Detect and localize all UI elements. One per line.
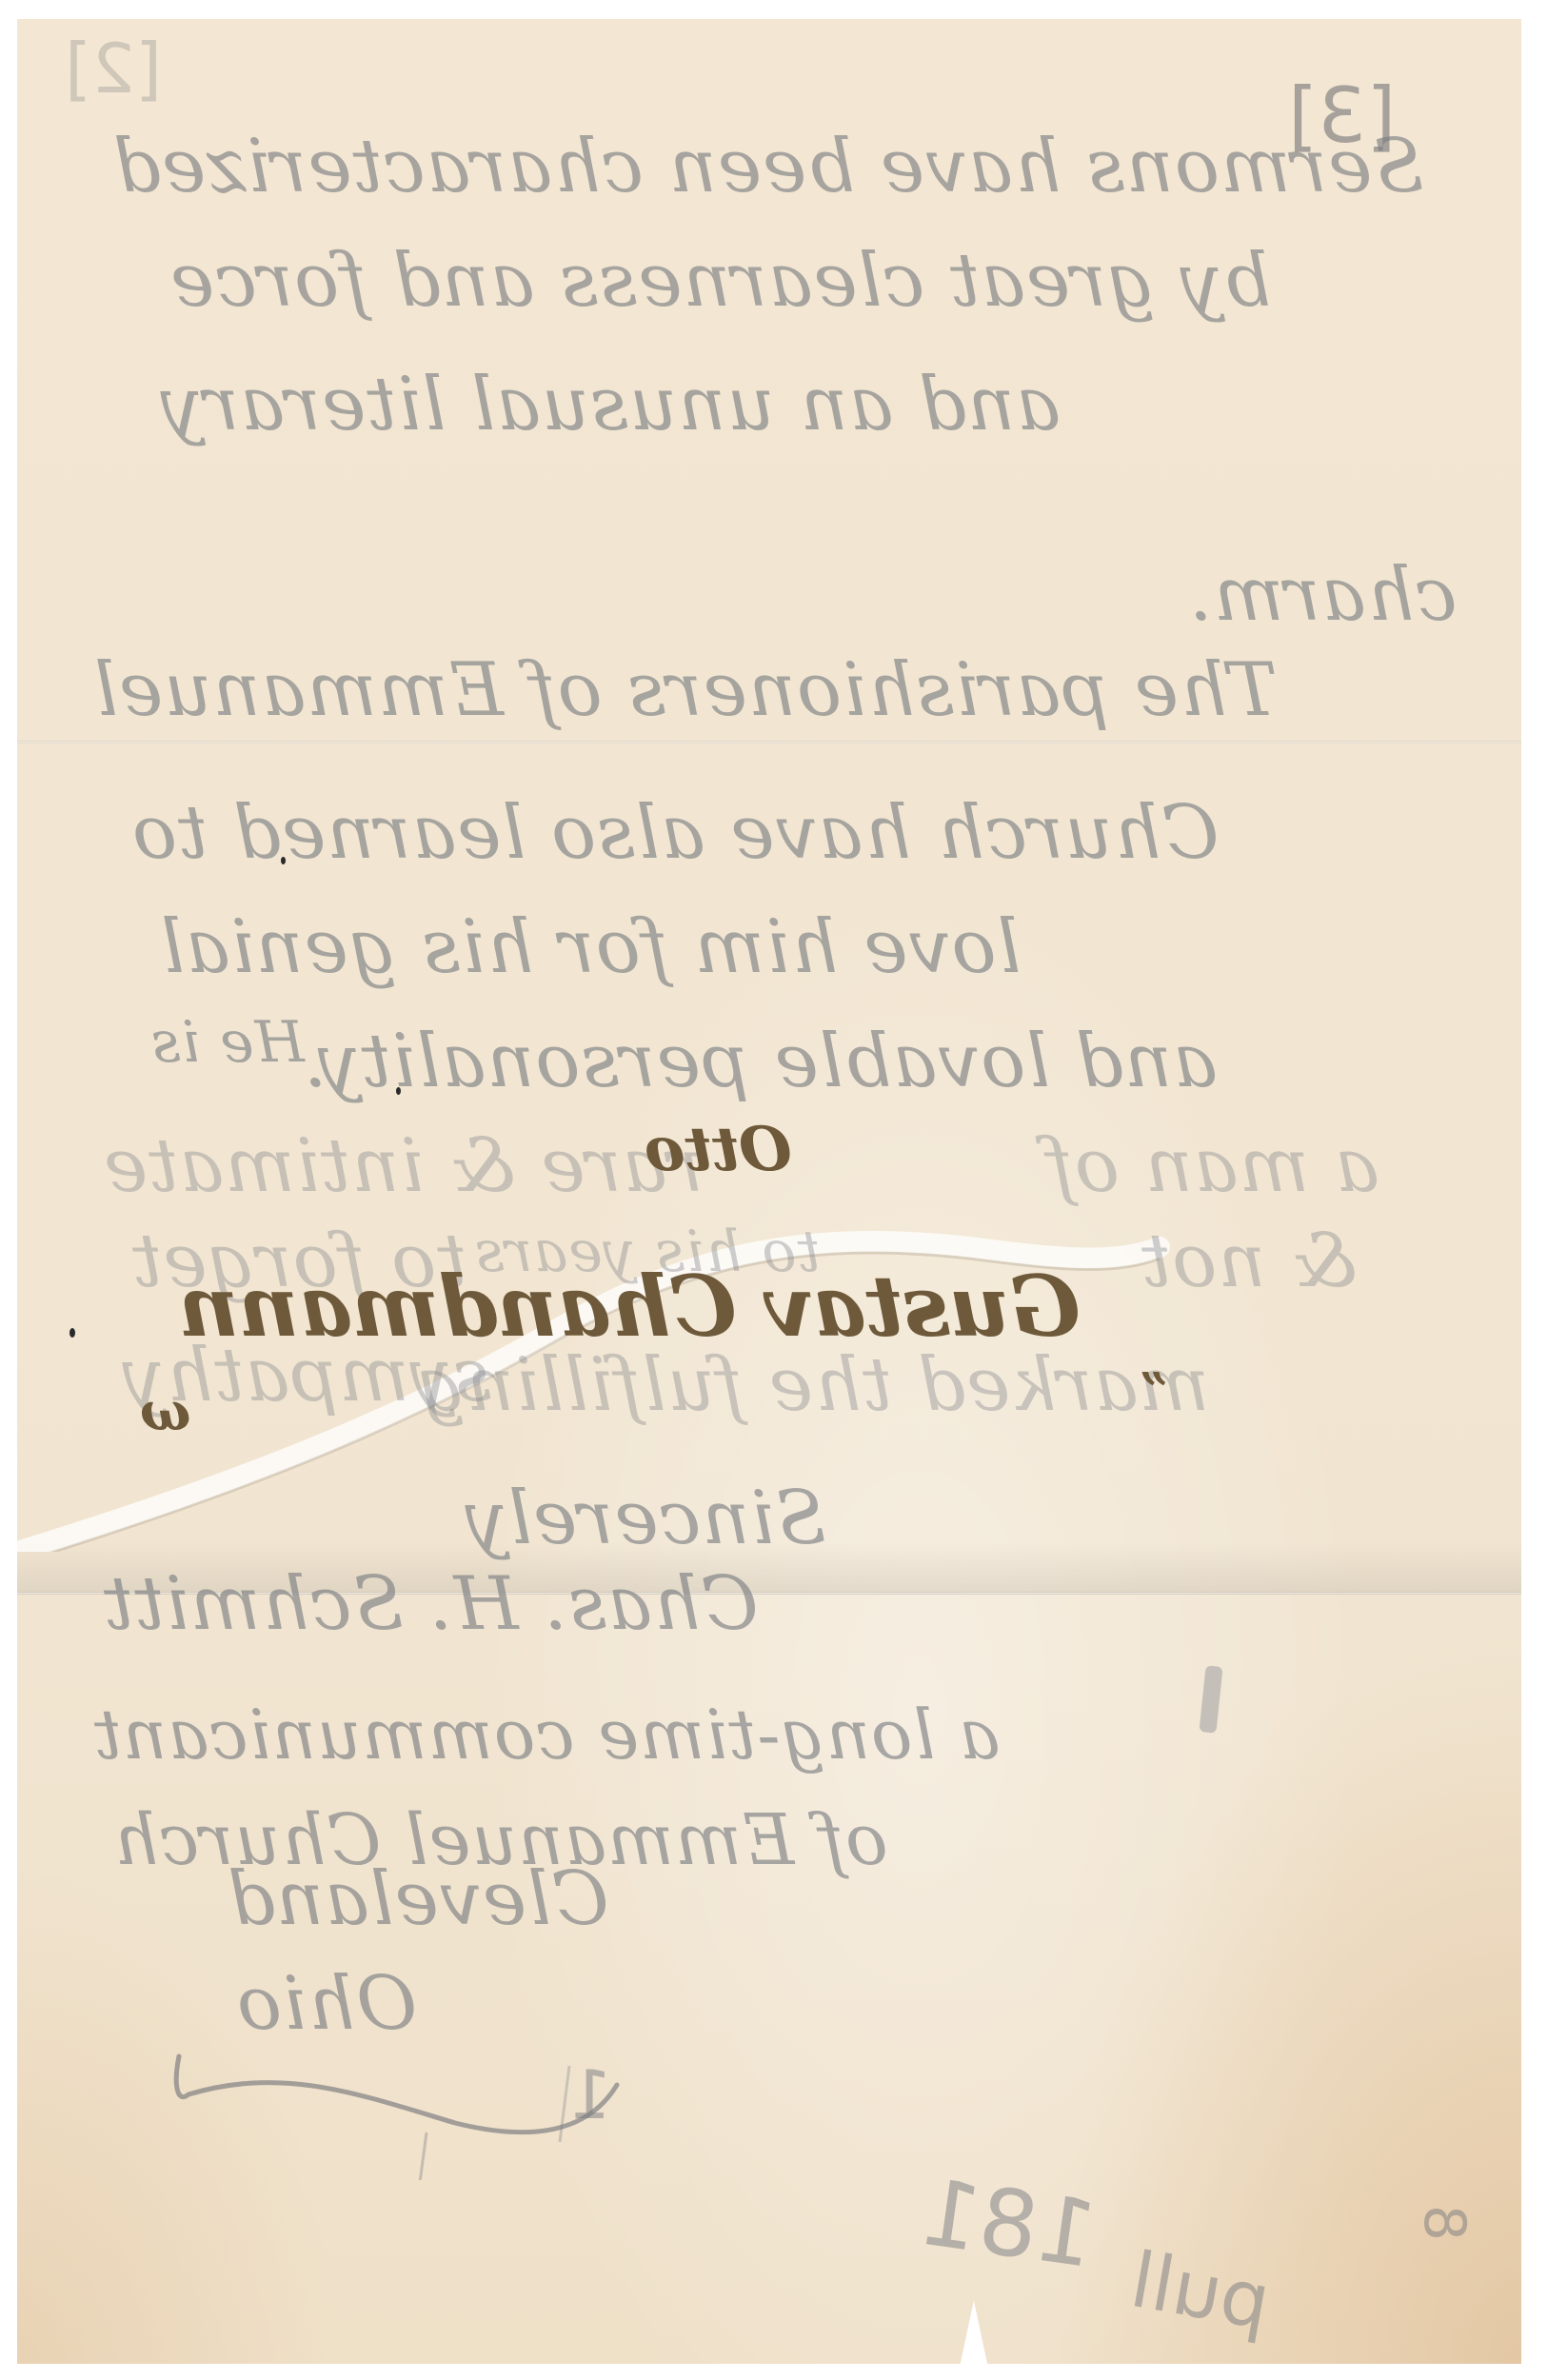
letter-page: [2] [3] Sermons have been characterized …: [17, 19, 1521, 2364]
page-marker-faint: [2]: [65, 29, 162, 109]
letter-line-13: & not: [1141, 1219, 1358, 1304]
letter-line-8: and lovable personality.: [303, 1019, 1218, 1104]
ink-signature-name: Gustav Chandmann: [179, 1257, 1081, 1356]
pencil-smudge: [1199, 1665, 1222, 1733]
signer-city: Cleveland: [227, 1856, 609, 1942]
margin-mark-bottom-left: 1: [569, 2056, 612, 2134]
letter-line-6: Church have also learned to: [131, 790, 1219, 876]
letter-line-4: charm.: [1188, 552, 1457, 638]
margin-mark-far-right: 8: [1411, 2205, 1478, 2241]
ink-signature-first: Otto: [645, 1114, 792, 1185]
ink-dot: [396, 1087, 401, 1095]
margin-mark-bottom-center: 181: [915, 2159, 1102, 2289]
signer-note-1: a long-time communicant: [93, 1695, 1000, 1775]
margin-mark-bottom-right: pull: [1124, 2235, 1277, 2347]
letter-line-2: by great clearness and force: [169, 238, 1271, 324]
closing: Sincerely: [465, 1476, 826, 1561]
ink-dot: [281, 857, 286, 864]
letter-line-3: and an unusual literary: [160, 362, 1061, 447]
letter-line-5: The parishioners of Emmanuel: [93, 647, 1278, 733]
letter-line-9: He is: [150, 1009, 305, 1076]
letter-line-1: Sermons have been characterized: [112, 124, 1424, 209]
letter-line-7: love him for his genial: [160, 904, 1022, 990]
signer-name: Chas. H. Schmitt: [103, 1561, 759, 1647]
ink-quote-mark: ”: [1141, 1361, 1167, 1418]
ink-dot: [69, 1328, 75, 1338]
fold-line-upper: [17, 741, 1521, 744]
letter-line-10: a man of: [1045, 1123, 1379, 1209]
ink-flourish: ω: [141, 1380, 190, 1443]
letter-line-11: rare & intimate: [103, 1123, 704, 1209]
